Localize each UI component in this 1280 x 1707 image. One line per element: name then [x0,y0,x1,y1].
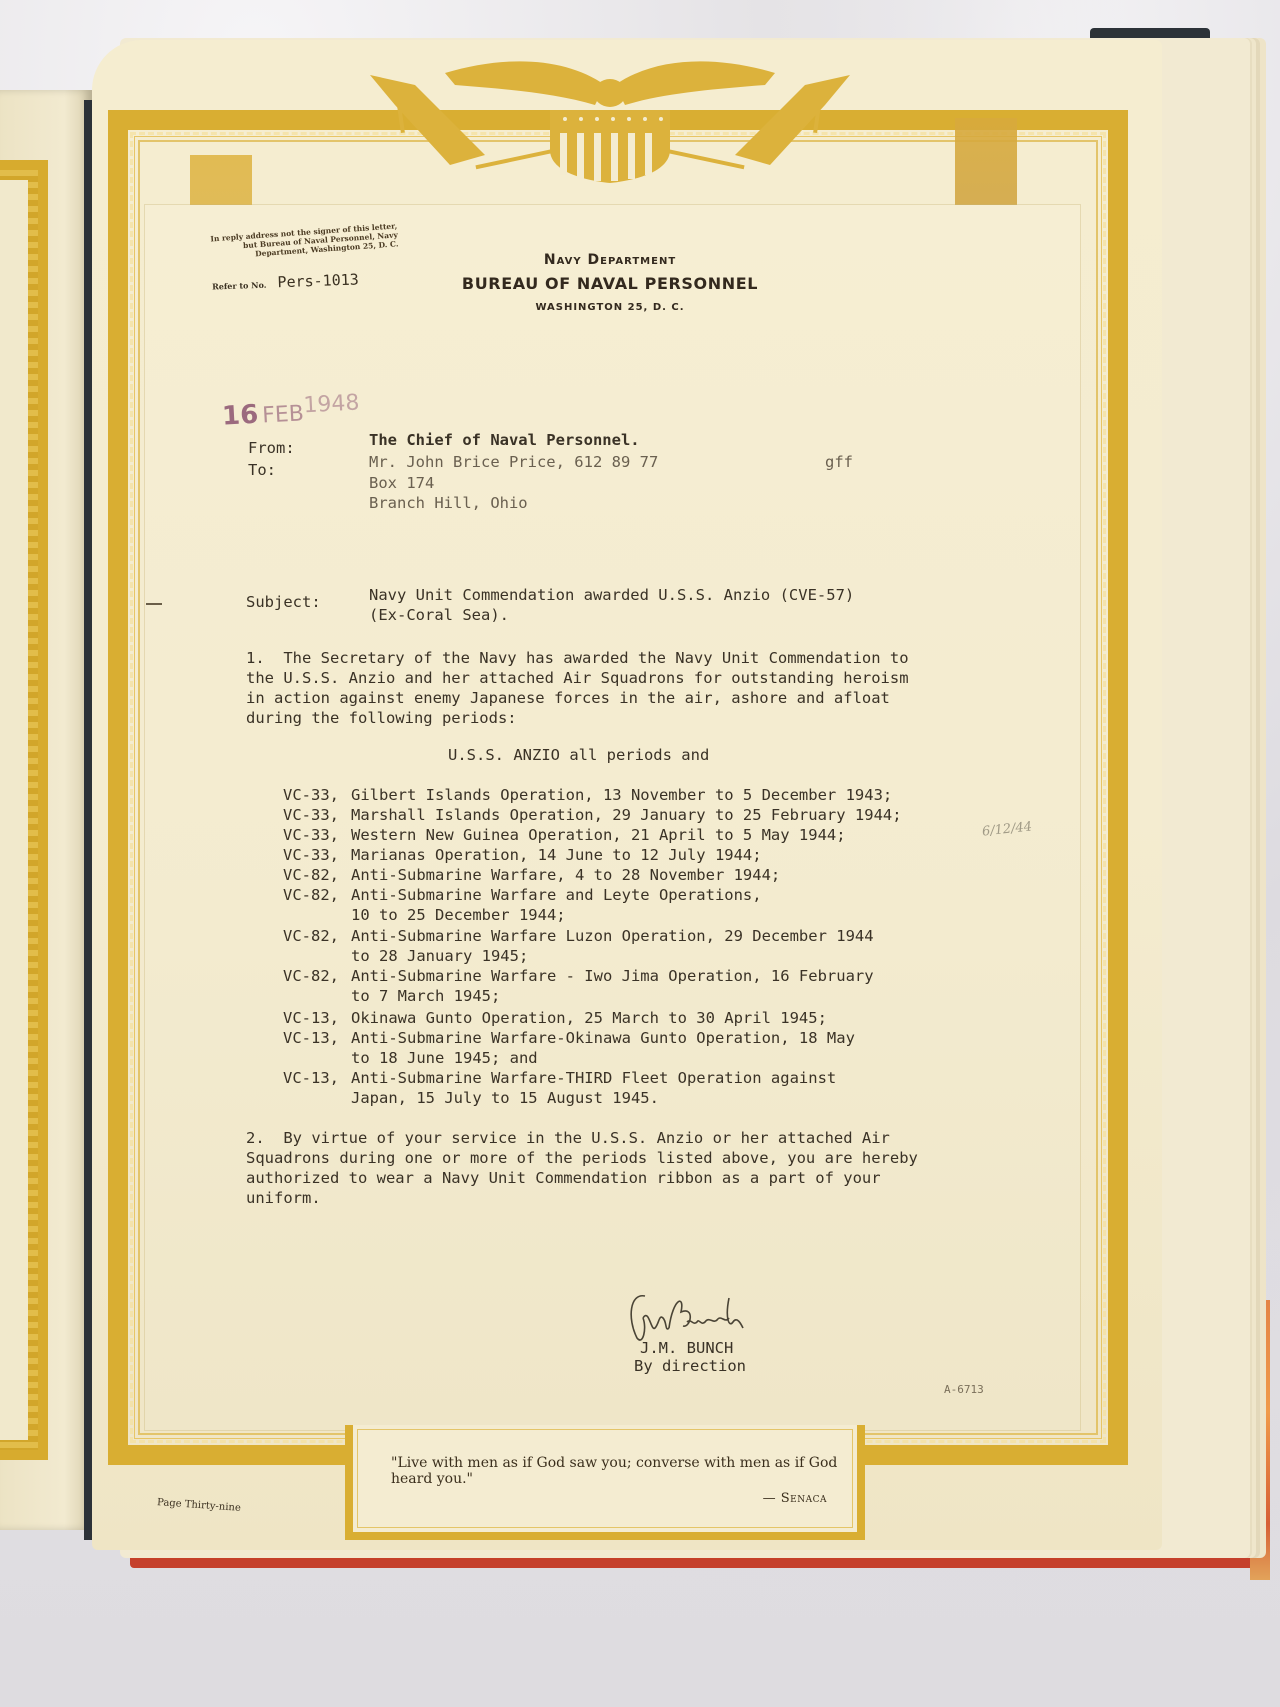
eagle-shield-flags-icon [355,45,865,185]
period-text: 10 to 25 December 1944; [351,905,566,925]
period-unit: VC-33, [283,825,339,845]
period-text: to 7 March 1945; [351,986,500,1006]
signer-name: J.M. BUNCH [640,1338,733,1358]
paragraph-2-line: authorized to wear a Navy Unit Commendat… [246,1168,881,1188]
refer-value: Pers-1013 [277,270,359,291]
period-unit: VC-13, [283,1008,339,1028]
to-line: Mr. John Brice Price, 612 89 77 [369,452,658,472]
form-number: A-6713 [944,1380,984,1400]
period-unit: VC-33, [283,805,339,825]
book-cover-torn-edge [1250,1300,1270,1580]
bureau-address: WASHINGTON 25, D. C. [430,302,790,313]
paragraph-2-line: 2. By virtue of your service in the U.S.… [246,1128,890,1148]
paragraph-1-line: the U.S.S. Anzio and her attached Air Sq… [246,668,909,688]
period-unit: VC-82, [283,966,339,986]
subject-line: Navy Unit Commendation awarded U.S.S. An… [369,585,854,605]
anzio-all-periods: U.S.S. ANZIO all periods and [448,745,709,765]
period-text: Marianas Operation, 14 June to 12 July 1… [351,845,762,865]
paragraph-2-line: Squadrons during one or more of the peri… [246,1148,918,1168]
from-label: From: [248,438,295,458]
period-text: Marshall Islands Operation, 29 January t… [351,805,902,825]
period-unit: VC-82, [283,885,339,905]
period-unit: VC-33, [283,785,339,805]
subject-line: (Ex-Coral Sea). [369,605,509,625]
left-page [0,90,92,1530]
signer-title: By direction [634,1356,746,1376]
department-name: Navy Department [430,252,790,268]
period-text: Gilbert Islands Operation, 13 November t… [351,785,892,805]
stamp-month: FEB [262,401,305,428]
bureau-name: BUREAU OF NAVAL PERSONNEL [430,274,790,293]
to-line: Branch Hill, Ohio [369,493,528,513]
period-unit: VC-82, [283,926,339,946]
quote-attribution: — Senaca [763,1491,827,1506]
stamp-day: 16 [221,400,259,432]
period-unit: VC-82, [283,865,339,885]
period-text: Anti-Submarine Warfare, 4 to 28 November… [351,865,780,885]
typist-initials: gff [825,452,853,472]
paragraph-1-line: in action against enemy Japanese forces … [246,688,890,708]
letterhead: Navy Department BUREAU OF NAVAL PERSONNE… [430,252,790,313]
quote-text: "Live with men as if God saw you; conver… [391,1455,841,1487]
period-text: to 28 January 1945; [351,946,528,966]
period-unit: VC-33, [283,845,339,865]
period-unit: VC-13, [283,1068,339,1088]
to-label: To: [248,460,276,480]
quote-box: "Live with men as if God saw you; conver… [345,1425,865,1540]
paragraph-2-line: uniform. [246,1188,321,1208]
from-value: The Chief of Naval Personnel. [369,430,640,450]
paragraph-1-line: 1. The Secretary of the Navy has awarded… [246,648,909,668]
left-page-gold-border [0,160,48,1460]
subject-label: Subject: [246,592,321,612]
period-text: Japan, 15 July to 15 August 1945. [351,1088,659,1108]
period-unit: VC-13, [283,1028,339,1048]
paragraph-1-line: during the following periods: [246,708,517,728]
to-line: Box 174 [369,473,434,493]
period-text: Anti-Submarine Warfare-THIRD Fleet Opera… [351,1068,836,1088]
period-text: Anti-Submarine Warfare-Okinawa Gunto Ope… [351,1028,855,1048]
period-text: to 18 June 1945; and [351,1048,538,1068]
period-text: Western New Guinea Operation, 21 April t… [351,825,846,845]
margin-mark [146,603,162,605]
stamp-year: 1948 [303,390,360,418]
period-text: Okinawa Gunto Operation, 25 March to 30 … [351,1008,827,1028]
period-text: Anti-Submarine Warfare - Iwo Jima Operat… [351,966,874,986]
period-text: Anti-Submarine Warfare Luzon Operation, … [351,926,874,946]
period-text: Anti-Submarine Warfare and Leyte Operati… [351,885,762,905]
refer-label: Refer to No. [212,280,267,292]
